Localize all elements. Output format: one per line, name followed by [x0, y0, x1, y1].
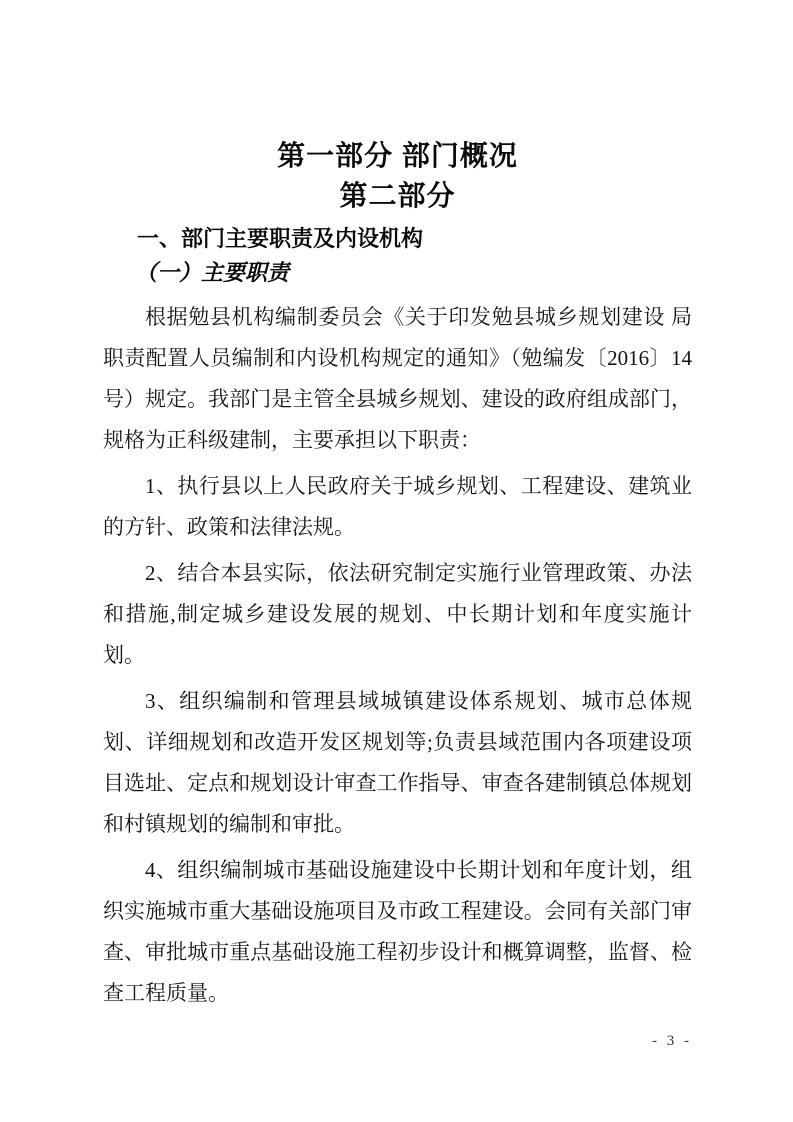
paragraph-duty-4: 4、组织编制城市基础设施建设中长期计划和年度计划，组织实施城市重大基础设施项目及…: [103, 850, 692, 1014]
paragraph-duty-3: 3、组织编制和管理县域城镇建设体系规划、城市总体规划、详细规划和改造开发区规划等…: [103, 681, 692, 845]
body-text: 根据勉县机构编制委员会《关于印发勉县城乡规划建设 局职责配置人员编制和内设机构规…: [103, 297, 692, 1014]
page-number: - 3 -: [652, 1032, 692, 1050]
section-heading: 一、部门主要职责及内设机构: [103, 222, 692, 256]
paragraph-duty-1: 1、执行县以上人民政府关于城乡规划、工程建设、建筑业的方针、政策和法律法规。: [103, 466, 692, 548]
section-subheading: （一）主要职责: [103, 256, 692, 290]
paragraph-intro: 根据勉县机构编制委员会《关于印发勉县城乡规划建设 局职责配置人员编制和内设机构规…: [103, 297, 692, 461]
paragraph-duty-2: 2、结合本县实际，依法研究制定实施行业管理政策、办法和措施,制定城乡建设发展的规…: [103, 553, 692, 676]
page-title-part1: 第一部分 部门概况: [103, 136, 692, 176]
document-page: 第一部分 部门概况 第二部分 一、部门主要职责及内设机构 （一）主要职责 根据勉…: [0, 0, 793, 1122]
page-title-part2: 第二部分: [103, 176, 692, 216]
